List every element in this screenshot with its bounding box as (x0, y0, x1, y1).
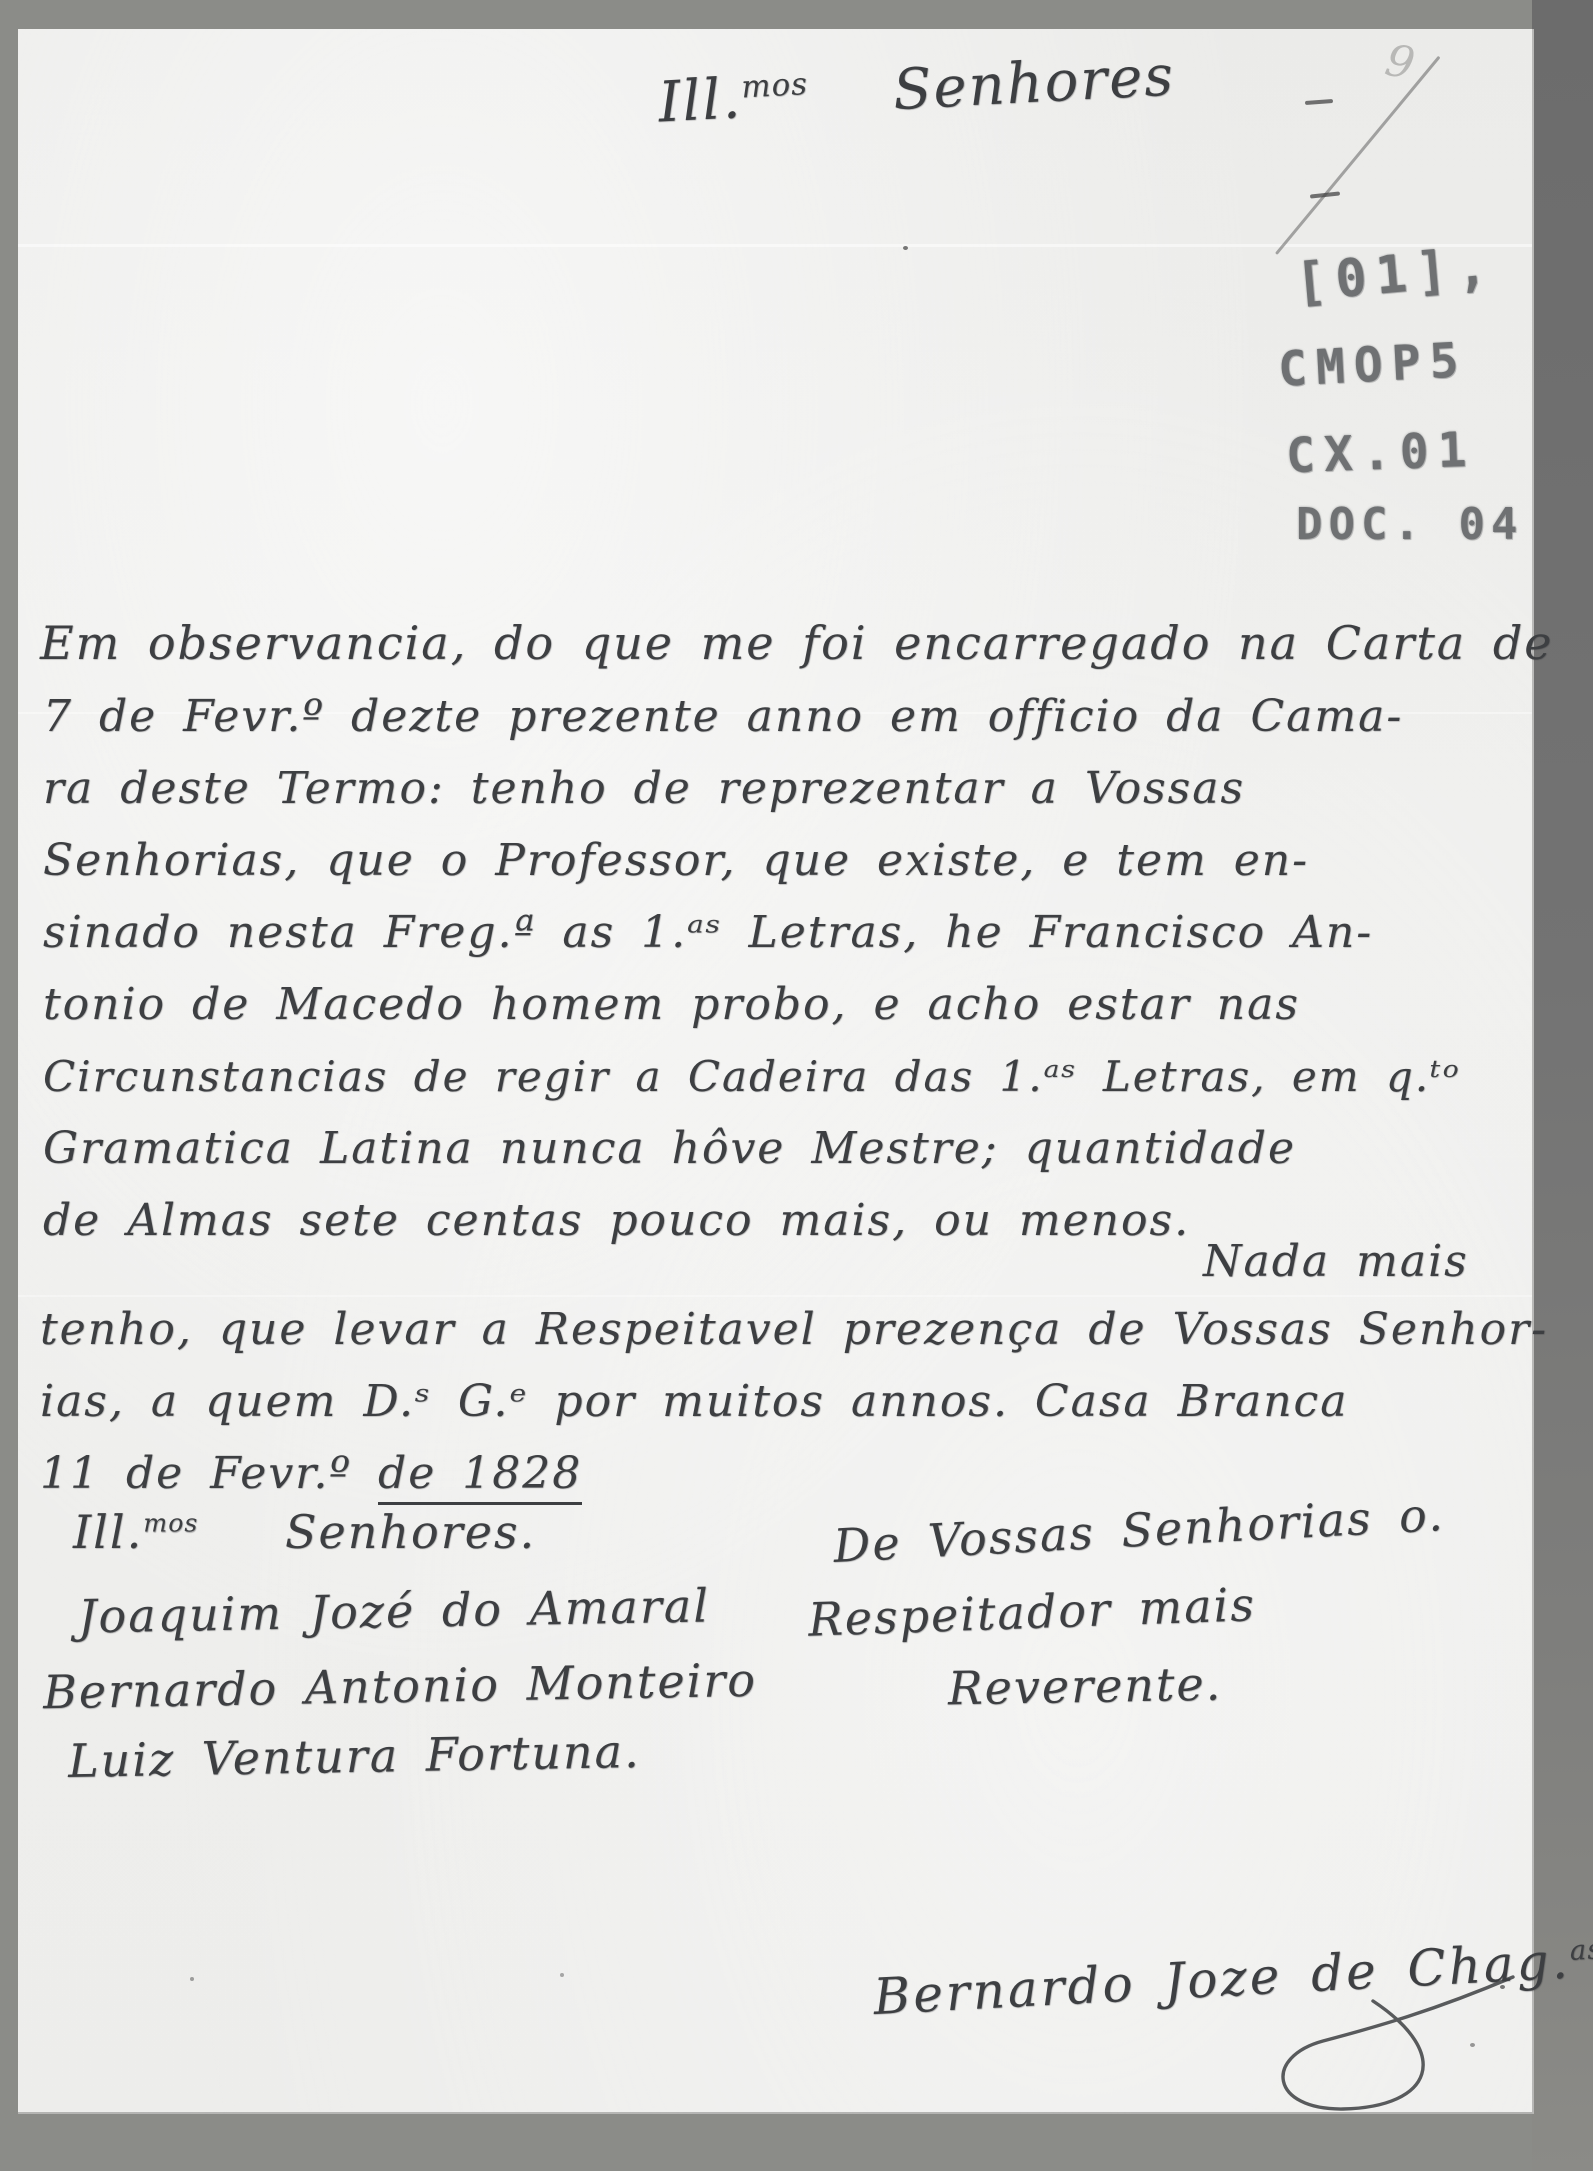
body-line: tenho, que levar a Respeitavel prezença … (40, 1300, 1548, 1360)
valediction-line: Reverente. (948, 1657, 1223, 1716)
closing-heading-abbr: Ill. (73, 1505, 143, 1559)
signature-superscript: as (1569, 1933, 1593, 1967)
closing-heading-word: Senhores. (285, 1505, 536, 1559)
body-line: de Almas sete centas pouco mais, ou meno… (43, 1191, 1190, 1251)
ink-speck (1500, 1985, 1505, 1989)
signature-flourish (868, 1959, 1528, 2129)
scanner-background-right-band (1532, 0, 1593, 2171)
ink-speck (903, 246, 908, 250)
pencil-dash (1305, 99, 1333, 105)
crease-line (18, 1295, 1532, 1297)
pencil-figure: 9 (1381, 35, 1419, 91)
body-line: ra deste Termo: tenho de reprezentar a V… (43, 759, 1245, 819)
archival-code-item-number: [01], (1293, 236, 1499, 313)
closing-heading-superscript: mos (143, 1509, 198, 1538)
addressee-name: Luiz Ventura Fortuna. (68, 1724, 641, 1788)
archival-code-collection: CMOP5 (1277, 332, 1469, 398)
ink-speck (1470, 2043, 1475, 2047)
body-line: Em observancia, do que me foi encarregad… (40, 613, 1554, 673)
valediction-line: Respeitador mais (807, 1577, 1256, 1647)
body-line: sinado nesta Freg.ª as 1.ᵃˢ Letras, he F… (43, 903, 1373, 963)
date-line: 11 de Fevr.º de 1828 (40, 1444, 582, 1504)
salutation-word: Senhores (891, 44, 1176, 124)
body-line-nada-mais: Nada mais (1203, 1232, 1469, 1292)
salutation: Ill.mos Senhores (657, 44, 1177, 136)
body-line: 7 de Fevr.º dezte prezente anno em offic… (43, 687, 1403, 747)
archival-code-box: CX.01 (1285, 422, 1476, 485)
closing-heading: Ill.mos Senhores. (73, 1505, 536, 1559)
ink-speck (560, 1973, 564, 1977)
valediction-line: De Vossas Senhorias o. (832, 1487, 1446, 1573)
body-line: tonio de Macedo homem probo, e acho esta… (43, 975, 1300, 1035)
archival-code-document: DOC. 04 (1296, 499, 1523, 550)
body-line: Senhorias, que o Professor, que existe, … (43, 831, 1309, 891)
body-line: Gramatica Latina nunca hôve Mestre; quan… (43, 1119, 1296, 1179)
body-line: Circunstancias de regir a Cadeira das 1.… (43, 1047, 1461, 1107)
crease-line (18, 244, 1532, 247)
scanned-letter-page: Ill.mos Senhores 9 [01], CMOP5 CX.01 DOC… (0, 0, 1593, 2171)
date-prefix: 11 de Fevr.º (40, 1448, 378, 1499)
addressee-name: Joaquim Jozé do Amaral (78, 1578, 711, 1643)
salutation-superscript: mos (740, 66, 808, 105)
salutation-abbr: Ill. (657, 66, 744, 135)
letter-paper: Ill.mos Senhores 9 [01], CMOP5 CX.01 DOC… (18, 29, 1534, 2114)
date-underline: de 1828 (378, 1448, 582, 1505)
pencil-stroke (1275, 56, 1440, 255)
body-line: ias, a quem D.ˢ G.ᵉ por muitos annos. Ca… (40, 1372, 1348, 1432)
pencil-dash (1310, 191, 1340, 198)
ink-speck (190, 1977, 194, 1981)
addressee-name: Bernardo Antonio Monteiro (43, 1653, 758, 1719)
